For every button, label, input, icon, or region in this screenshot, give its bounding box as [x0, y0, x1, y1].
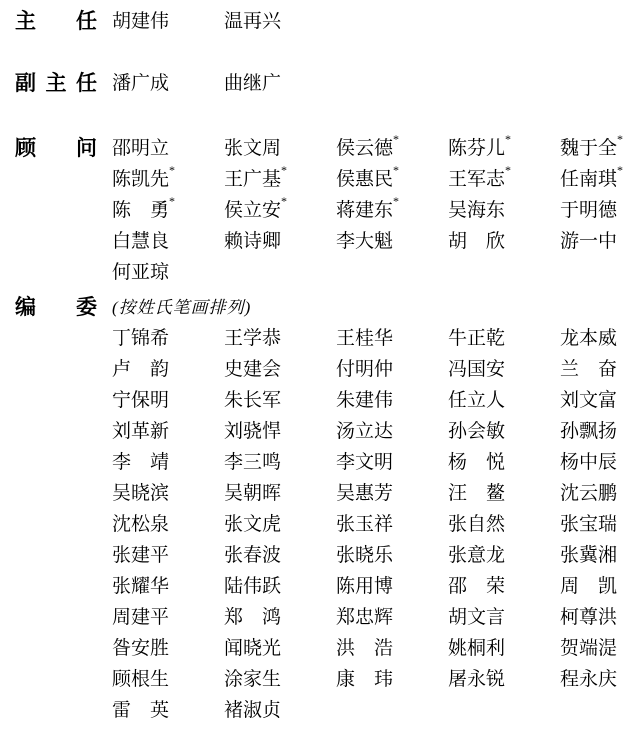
section-label-deputy-director: 副主任 [15, 68, 97, 99]
member-name: 王桂华 [336, 323, 448, 354]
star-marker: * [281, 194, 287, 208]
member-name: 汪 鳌 [448, 478, 560, 509]
member-name: 潘广成 [112, 68, 224, 99]
member-name: 于明德 [560, 195, 628, 226]
name-row: 周建平郑 鸿郑忠辉胡文言柯尊洪 [112, 602, 628, 633]
member-name: 汤立达 [336, 416, 448, 447]
star-marker: * [393, 132, 399, 146]
star-marker: * [169, 163, 175, 177]
member-name: 任南琪* [560, 164, 628, 195]
member-name: 史建会 [224, 354, 336, 385]
member-name: 曲继广 [224, 68, 336, 99]
member-name: 刘革新 [112, 416, 224, 447]
member-name: 白慧良 [112, 226, 224, 257]
section-advisors: 顾问 邵明立张文周侯云德*陈芬儿*魏于全*陈凯先*王广基*侯惠民*王军志*任南琪… [0, 133, 628, 288]
star-marker: * [281, 163, 287, 177]
name-row: 吴晓滨吴朝晖吴惠芳汪 鳌沈云鹏 [112, 478, 628, 509]
name-row: 白慧良赖诗卿李大魁胡 欣游一中 [112, 226, 628, 257]
member-name: 沈云鹏 [560, 478, 628, 509]
member-name: 张文虎 [224, 509, 336, 540]
member-name: 张冀湘 [560, 540, 628, 571]
name-row: 宁保明朱长军朱建伟任立人刘文富 [112, 385, 628, 416]
member-name: 杨 悦 [448, 447, 560, 478]
member-name: 王军志* [448, 164, 560, 195]
member-name: 沈松泉 [112, 509, 224, 540]
member-name: 胡建伟 [112, 6, 224, 37]
member-name: 刘骁悍 [224, 416, 336, 447]
member-name: 张建平 [112, 540, 224, 571]
name-row: 邵明立张文周侯云德*陈芬儿*魏于全* [112, 133, 628, 164]
advisors-content: 邵明立张文周侯云德*陈芬儿*魏于全*陈凯先*王广基*侯惠民*王军志*任南琪*陈 … [112, 133, 628, 288]
member-name: 任立人 [448, 385, 560, 416]
member-name: 李三鸣 [224, 447, 336, 478]
member-name: 何亚琼 [112, 257, 224, 288]
member-name: 雷 英 [112, 695, 224, 726]
star-marker: * [393, 163, 399, 177]
member-name: 吴海东 [448, 195, 560, 226]
member-name: 李大魁 [336, 226, 448, 257]
name-row: 昝安胜闻晓光洪 浩姚桐利贺端湜 [112, 633, 628, 664]
name-row: 何亚琼 [112, 257, 628, 288]
committee-content: (按姓氏笔画排列) 丁锦希王学恭王桂华牛正乾龙本威卢 韵史建会付明仲冯国安兰 奋… [112, 292, 628, 726]
member-name: 朱建伟 [336, 385, 448, 416]
name-row: 胡建伟温再兴 [112, 6, 628, 37]
member-name: 赖诗卿 [224, 226, 336, 257]
name-row: 雷 英褚淑贞 [112, 695, 628, 726]
member-name: 龙本威 [560, 323, 628, 354]
name-row: 张建平张春波张晓乐张意龙张冀湘 [112, 540, 628, 571]
member-name: 姚桐利 [448, 633, 560, 664]
name-row: 陈 勇*侯立安*蒋建东*吴海东于明德 [112, 195, 628, 226]
document-page: 主任 胡建伟温再兴 副主任 潘广成曲继广 顾问 邵明立张文周侯云德*陈芬儿*魏于… [0, 0, 628, 734]
section-editorial-committee: 编委 (按姓氏笔画排列) 丁锦希王学恭王桂华牛正乾龙本威卢 韵史建会付明仲冯国安… [0, 292, 628, 726]
member-name: 陈 勇* [112, 195, 224, 226]
member-name: 蒋建东* [336, 195, 448, 226]
section-director: 主任 胡建伟温再兴 [0, 6, 628, 37]
member-name: 涂家生 [224, 664, 336, 695]
member-name: 游一中 [560, 226, 628, 257]
member-name: 陈用博 [336, 571, 448, 602]
member-name: 褚淑贞 [224, 695, 336, 726]
member-name: 孙飘扬 [560, 416, 628, 447]
member-name: 孙会敏 [448, 416, 560, 447]
member-name: 昝安胜 [112, 633, 224, 664]
star-marker: * [505, 163, 511, 177]
member-name: 李文明 [336, 447, 448, 478]
name-row: 李 靖李三鸣李文明杨 悦杨中辰 [112, 447, 628, 478]
sort-order-note: (按姓氏笔画排列) [112, 292, 628, 323]
member-name: 杨中辰 [560, 447, 628, 478]
member-name: 周 凯 [560, 571, 628, 602]
member-name: 吴惠芳 [336, 478, 448, 509]
member-name: 顾根生 [112, 664, 224, 695]
member-name: 侯立安* [224, 195, 336, 226]
member-name: 卢 韵 [112, 354, 224, 385]
name-row: 丁锦希王学恭王桂华牛正乾龙本威 [112, 323, 628, 354]
member-name: 张文周 [224, 133, 336, 164]
member-name: 胡 欣 [448, 226, 560, 257]
committee-name-rows: 丁锦希王学恭王桂华牛正乾龙本威卢 韵史建会付明仲冯国安兰 奋宁保明朱长军朱建伟任… [112, 323, 628, 726]
name-row: 潘广成曲继广 [112, 68, 628, 99]
member-name: 郑 鸿 [224, 602, 336, 633]
star-marker: * [169, 194, 175, 208]
member-name: 温再兴 [224, 6, 336, 37]
star-marker: * [393, 194, 399, 208]
member-name: 丁锦希 [112, 323, 224, 354]
member-name: 刘文富 [560, 385, 628, 416]
member-name: 魏于全* [560, 133, 628, 164]
member-name: 柯尊洪 [560, 602, 628, 633]
name-row: 沈松泉张文虎张玉祥张自然张宝瑞 [112, 509, 628, 540]
name-row: 陈凯先*王广基*侯惠民*王军志*任南琪* [112, 164, 628, 195]
director-name-rows: 胡建伟温再兴 [112, 6, 628, 37]
member-name: 邵 荣 [448, 571, 560, 602]
member-name: 王学恭 [224, 323, 336, 354]
member-name: 付明仲 [336, 354, 448, 385]
name-row: 卢 韵史建会付明仲冯国安兰 奋 [112, 354, 628, 385]
member-name: 陈芬儿* [448, 133, 560, 164]
member-name: 洪 浩 [336, 633, 448, 664]
member-name: 郑忠辉 [336, 602, 448, 633]
member-name: 侯惠民* [336, 164, 448, 195]
member-name: 牛正乾 [448, 323, 560, 354]
section-label-director: 主任 [15, 6, 97, 37]
member-name: 侯云德* [336, 133, 448, 164]
member-name: 邵明立 [112, 133, 224, 164]
member-name: 程永庆 [560, 664, 628, 695]
member-name: 屠永锐 [448, 664, 560, 695]
member-name: 张宝瑞 [560, 509, 628, 540]
star-marker: * [617, 163, 623, 177]
deputy-content: 潘广成曲继广 [112, 68, 628, 99]
name-row: 张耀华陆伟跃陈用博邵 荣周 凯 [112, 571, 628, 602]
member-name: 张春波 [224, 540, 336, 571]
deputy-name-rows: 潘广成曲继广 [112, 68, 628, 99]
member-name: 陈凯先* [112, 164, 224, 195]
member-name: 张耀华 [112, 571, 224, 602]
member-name: 周建平 [112, 602, 224, 633]
member-name: 张玉祥 [336, 509, 448, 540]
member-name: 冯国安 [448, 354, 560, 385]
member-name: 李 靖 [112, 447, 224, 478]
director-content: 胡建伟温再兴 [112, 6, 628, 37]
star-marker: * [505, 132, 511, 146]
member-name: 张意龙 [448, 540, 560, 571]
star-marker: * [617, 132, 623, 146]
member-name: 朱长军 [224, 385, 336, 416]
section-label-advisors: 顾问 [15, 133, 97, 164]
member-name: 张晓乐 [336, 540, 448, 571]
advisor-name-rows: 邵明立张文周侯云德*陈芬儿*魏于全*陈凯先*王广基*侯惠民*王军志*任南琪*陈 … [112, 133, 628, 288]
member-name: 贺端湜 [560, 633, 628, 664]
name-row: 刘革新刘骁悍汤立达孙会敏孙飘扬 [112, 416, 628, 447]
member-name: 闻晓光 [224, 633, 336, 664]
member-name: 康 玮 [336, 664, 448, 695]
section-label-editorial-committee: 编委 [15, 292, 97, 323]
member-name: 胡文言 [448, 602, 560, 633]
name-row: 顾根生涂家生康 玮屠永锐程永庆 [112, 664, 628, 695]
member-name: 张自然 [448, 509, 560, 540]
member-name: 兰 奋 [560, 354, 628, 385]
section-deputy-director: 副主任 潘广成曲继广 [0, 68, 628, 99]
member-name: 吴晓滨 [112, 478, 224, 509]
member-name: 王广基* [224, 164, 336, 195]
member-name: 陆伟跃 [224, 571, 336, 602]
member-name: 吴朝晖 [224, 478, 336, 509]
member-name: 宁保明 [112, 385, 224, 416]
